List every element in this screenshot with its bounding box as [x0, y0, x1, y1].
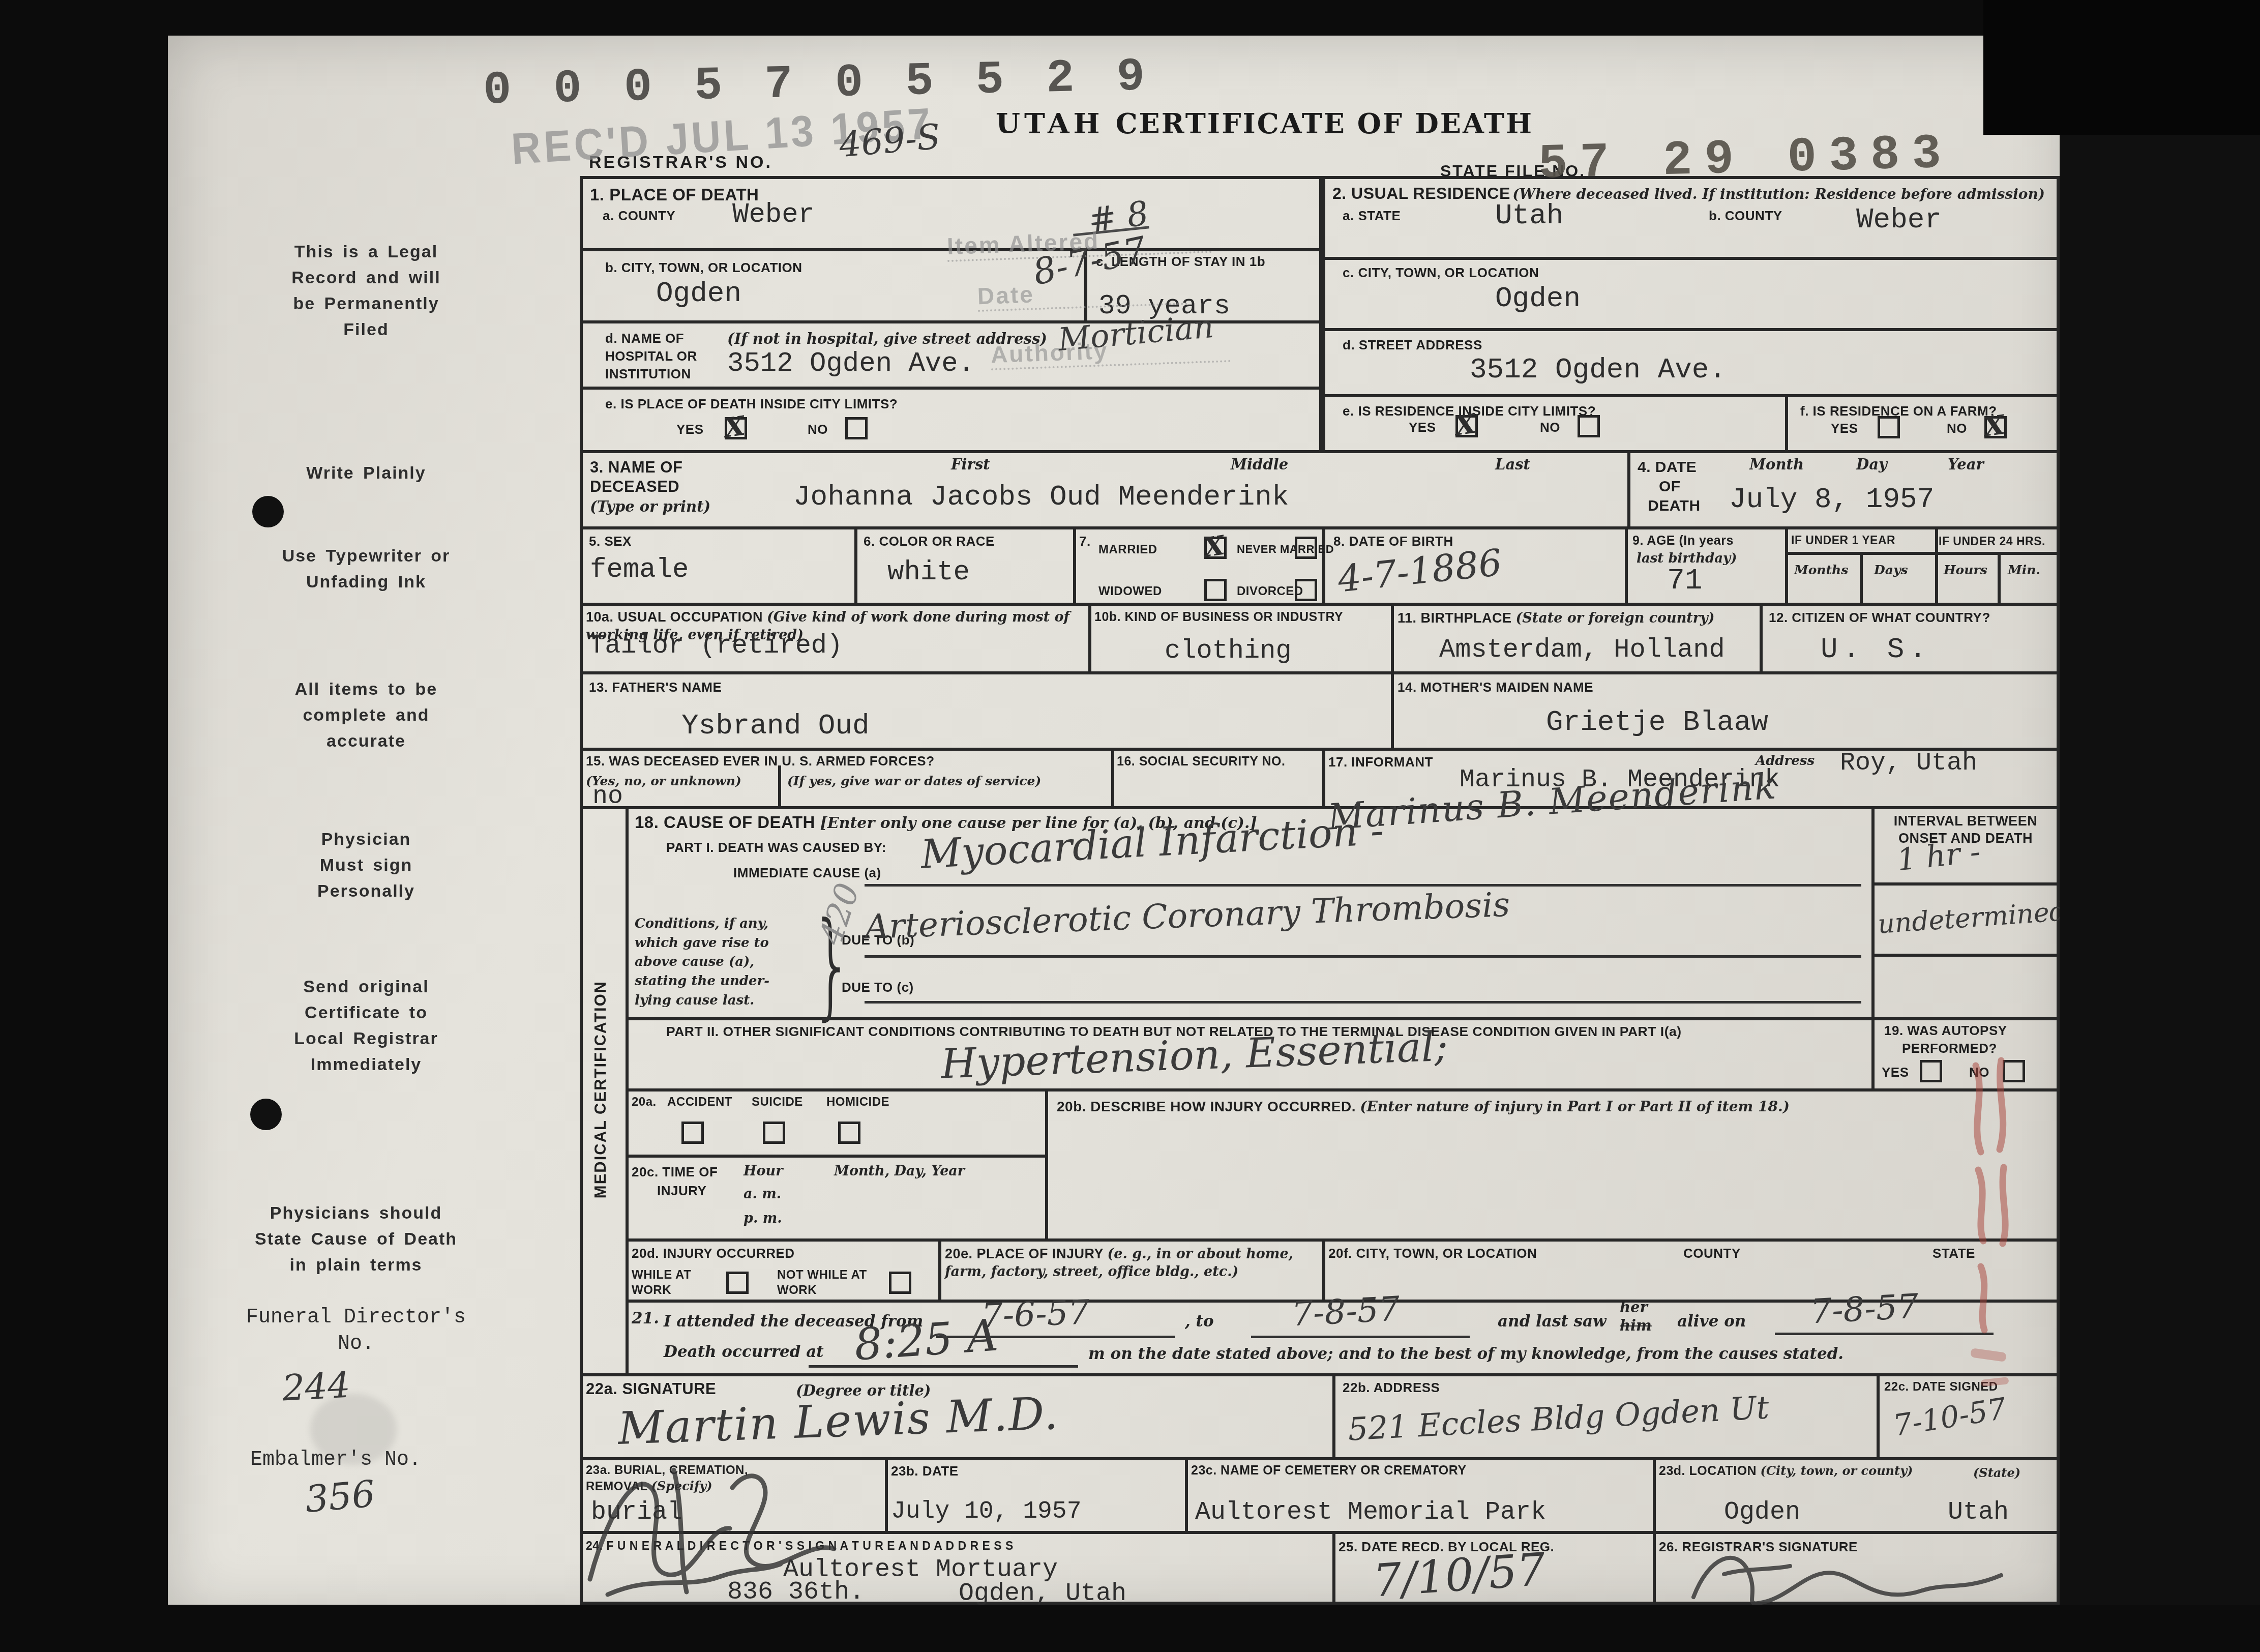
- funeral-director-signature-flourish: [577, 1450, 852, 1602]
- s14-value: Grietje Blaaw: [1546, 706, 1768, 739]
- s19-label-1: 19. WAS AUTOPSY: [1884, 1022, 2007, 1039]
- s9-value: 71: [1667, 565, 1703, 598]
- s12-value: U. S.: [1821, 633, 1931, 666]
- s2-title: 2. USUAL RESIDENCE: [1332, 184, 1510, 202]
- s4-label-1: 4. DATE: [1638, 458, 1697, 477]
- s9-days-label: Days: [1874, 562, 1908, 579]
- s20d-notwhile-checkbox: [889, 1272, 911, 1294]
- s3-hint: (Type or print): [590, 497, 710, 517]
- s23c-label: 23c. NAME OF CEMETERY OR CREMATORY: [1191, 1463, 1467, 1479]
- s1d-value: 3512 Ogden Ave.: [727, 348, 974, 379]
- hole-punch-top: [252, 496, 284, 527]
- s23d-label: 23d. LOCATION: [1659, 1464, 1761, 1478]
- margin-note-send-original: Send original Certificate to Local Regis…: [290, 974, 442, 1078]
- s5-label: 5. SEX: [589, 533, 632, 550]
- s20b-hint: (Enter nature of injury in Part I or Par…: [1360, 1098, 1790, 1115]
- s9-months-label: Months: [1794, 562, 1848, 579]
- s2c-label: c. CITY, TOWN, OR LOCATION: [1343, 264, 1539, 281]
- cause-c-line: [865, 1001, 1861, 1004]
- s21-text-2: , to: [1185, 1311, 1214, 1332]
- form-title-rest: CERTIFICATE OF DEATH: [1116, 107, 1533, 140]
- s2f-no-label: NO: [1947, 420, 1967, 437]
- s16-label: 16. SOCIAL SECURITY NO.: [1117, 754, 1285, 770]
- s9-under24-label: IF UNDER 24 HRS.: [1939, 534, 2045, 549]
- s21-text-3: and last saw: [1498, 1311, 1607, 1332]
- s22a-label: 22a. SIGNATURE: [586, 1379, 716, 1399]
- s11-header: 11. BIRTHPLACE (State or foreign country…: [1397, 609, 1764, 627]
- s4-day-label: Day: [1856, 455, 1887, 475]
- s6-value: white: [887, 557, 970, 588]
- s21-text-4: alive on: [1677, 1311, 1746, 1332]
- s10b-label: 10b. KIND OF BUSINESS OR INDUSTRY: [1094, 609, 1343, 625]
- s20a-homicide-label: HOMICIDE: [826, 1095, 889, 1110]
- s2d-value: 3512 Ogden Ave.: [1470, 353, 1726, 386]
- cause-a-line: [865, 884, 1861, 887]
- s2d-label: d. STREET ADDRESS: [1343, 337, 1482, 353]
- s1e-yes-label: YES: [676, 421, 704, 438]
- divider-9-header: [1785, 552, 2060, 555]
- s11-value: Amsterdam, Holland: [1439, 635, 1725, 665]
- s1e-no-checkbox: [845, 417, 868, 439]
- s20c-mdy-label: Month, Day, Year: [834, 1162, 965, 1180]
- s20c-am-label: a. m.: [744, 1185, 781, 1203]
- s3-value: Johanna Jacobs Oud Meenderink: [793, 481, 1289, 513]
- scan-black-band-bottom: [0, 1605, 2260, 1652]
- s1a-value: Weber: [732, 199, 815, 230]
- s23d-hint: (City, town, or county): [1761, 1463, 1913, 1478]
- s3-first-label: First: [951, 455, 990, 475]
- margin-note-plain-terms: Physicians should State Cause of Death i…: [249, 1200, 463, 1278]
- s7-married-label: MARRIED: [1098, 542, 1157, 557]
- s2e-yes-label: YES: [1409, 419, 1436, 436]
- s15-label: 15. WAS DECEASED EVER IN U. S. ARMED FOR…: [586, 753, 935, 770]
- s7-married-checkbox: [1204, 537, 1227, 559]
- s2f-no-checkbox: [1984, 416, 2007, 438]
- s2f-yes-label: YES: [1831, 420, 1858, 437]
- s2a-label: a. STATE: [1343, 208, 1401, 224]
- s18-label: 18. CAUSE OF DEATH: [635, 813, 820, 832]
- s4-value: July 8, 1957: [1729, 483, 1934, 516]
- s19-yes-label: YES: [1882, 1064, 1909, 1081]
- s20b-header: 20b. DESCRIBE HOW INJURY OCCURRED. (Ente…: [1057, 1098, 2048, 1116]
- s18-conditions-note: Conditions, if any, which gave rise to a…: [635, 914, 802, 1010]
- s17-label: 17. INFORMANT: [1328, 754, 1433, 771]
- scan-black-band-left: [0, 0, 168, 1652]
- s21-her: her: [1620, 1298, 1648, 1317]
- s18-immediate-label: IMMEDIATE CAUSE (a): [733, 865, 881, 881]
- s7-widowed-checkbox: [1204, 579, 1227, 601]
- s7-divorced-checkbox: [1295, 579, 1317, 601]
- s21-time-value: 8:25 A: [853, 1310, 1000, 1370]
- s23b-label: 23b. DATE: [891, 1463, 959, 1480]
- embalmers-no-label: Embalmer's No.: [203, 1449, 468, 1471]
- funeral-directors-no-value: 244: [281, 1364, 351, 1409]
- s4-month-label: Month: [1749, 455, 1804, 475]
- s24-line3: Ogden, Utah: [959, 1579, 1126, 1608]
- s2c-value: Ogden: [1495, 282, 1581, 315]
- s20a-accident-checkbox: [681, 1122, 704, 1144]
- s2e-no-label: NO: [1540, 419, 1560, 436]
- s5-value: female: [590, 554, 689, 585]
- s13-label: 13. FATHER'S NAME: [589, 679, 722, 696]
- s10a-value: Tailor (retired): [589, 631, 843, 661]
- s19-yes-checkbox: [1920, 1060, 1942, 1082]
- s3-label-2: DECEASED: [590, 477, 679, 497]
- s9-hours-label: Hours: [1944, 562, 1987, 579]
- form-title-state: UTAH: [996, 107, 1104, 140]
- s20e-label: 20e. PLACE OF INJURY: [945, 1246, 1108, 1261]
- s20a-suicide-checkbox: [763, 1122, 785, 1144]
- red-stamp-artifact: [1953, 1053, 2044, 1409]
- s21-line-4: [809, 1365, 1078, 1368]
- divider-2e-2f: [1785, 396, 1788, 451]
- s1e-no-label: NO: [808, 421, 828, 438]
- s2e-yes-checkbox: [1455, 415, 1478, 437]
- s18-due-c-label: DUE TO (c): [842, 979, 914, 996]
- s20f-label: 20f. CITY, TOWN, OR LOCATION: [1328, 1245, 1537, 1262]
- divider-hours-min: [1998, 552, 2001, 606]
- s6-label: 6. COLOR OR RACE: [864, 533, 995, 550]
- s2b-value: Weber: [1856, 203, 1942, 236]
- cause-b-line: [865, 955, 1861, 958]
- state-file-number: 57 29 0383: [1538, 126, 1954, 192]
- s20e-header: 20e. PLACE OF INJURY (e. g., in or about…: [945, 1245, 1321, 1281]
- s20b-label: 20b. DESCRIBE HOW INJURY OCCURRED.: [1057, 1099, 1360, 1114]
- s23b-value: July 10, 1957: [891, 1498, 1081, 1525]
- hole-punch-bottom: [250, 1099, 282, 1130]
- s4-year-label: Year: [1948, 455, 1984, 475]
- s7-widowed-label: WIDOWED: [1098, 584, 1162, 599]
- s23d-state-hint: (State): [1973, 1465, 2020, 1481]
- divider-interval-a: [1871, 882, 2060, 886]
- s14-label: 14. MOTHER'S MAIDEN NAME: [1397, 679, 1593, 696]
- divider-months-days: [1860, 552, 1863, 606]
- s1d-label: d. NAME OF HOSPITAL OR INSTITUTION: [605, 330, 697, 383]
- s20c-hour-label: Hour: [744, 1162, 783, 1180]
- s2b-label: b. COUNTY: [1709, 208, 1782, 224]
- s1b-value: Ogden: [656, 277, 741, 310]
- margin-note-write-plainly: Write Plainly: [264, 460, 468, 486]
- s21-him-struck: him: [1620, 1316, 1652, 1336]
- s4-label-2: OF: [1659, 477, 1681, 496]
- margin-note-complete: All items to be complete and accurate: [290, 676, 442, 754]
- s20c-label-2: INJURY: [657, 1183, 706, 1199]
- divider-interval-b: [1871, 954, 2060, 957]
- divider-15: [778, 765, 781, 807]
- s21-line-2: [1251, 1336, 1470, 1338]
- s9-under1yr-label: IF UNDER 1 YEAR: [1791, 533, 1895, 548]
- s20a-homicide-checkbox: [838, 1122, 860, 1144]
- s20a-suicide-label: SUICIDE: [752, 1095, 803, 1110]
- s23c-value: Aultorest Memorial Park: [1195, 1498, 1546, 1527]
- s15-hint2: (If yes, give war or dates of service): [787, 773, 1041, 790]
- s20c-label-1: 20c. TIME OF: [632, 1164, 718, 1181]
- s23d-city-value: Ogden: [1724, 1498, 1800, 1527]
- s18-part1-label: PART I. DEATH WAS CAUSED BY:: [666, 839, 886, 856]
- s21-date-to: 7-8-57: [1291, 1289, 1401, 1334]
- s15-value: no: [592, 782, 623, 811]
- s7-never-checkbox: [1295, 537, 1317, 559]
- s9-label-1: 9. AGE (In years: [1632, 533, 1734, 549]
- s20f-county-label: COUNTY: [1683, 1245, 1741, 1262]
- s3-label-1: 3. NAME OF: [590, 458, 682, 478]
- s2f-yes-checkbox: [1878, 416, 1900, 438]
- s4-label-3: DEATH: [1648, 496, 1701, 516]
- s3-middle-label: Middle: [1231, 455, 1288, 475]
- s13-value: Ysbrand Oud: [681, 710, 870, 742]
- scanned-death-certificate: { "header": { "serial": "0 0 0 5 7 0 5 5…: [0, 0, 2260, 1652]
- s20d-while-label: WHILE AT WORK: [632, 1267, 713, 1298]
- s10a-label: 10a. USUAL OCCUPATION: [586, 609, 767, 625]
- s21-text-6: m on the date stated above; and to the b…: [1088, 1344, 1843, 1364]
- s1a-label: a. COUNTY: [603, 208, 675, 224]
- s2a-value: Utah: [1495, 199, 1563, 232]
- s20a-num: 20a.: [632, 1095, 657, 1110]
- s7-num: 7.: [1079, 533, 1091, 550]
- margin-note-typewriter: Use Typewriter or Unfading Ink: [277, 543, 455, 595]
- s20a-accident-label: ACCIDENT: [667, 1095, 732, 1110]
- s7-divorced-label: DIVORCED: [1237, 584, 1303, 599]
- s21-num: 21.: [632, 1308, 659, 1329]
- s23d-header: 23d. LOCATION (City, town, or county): [1659, 1463, 1913, 1479]
- s20d-while-checkbox: [726, 1272, 749, 1294]
- s7-never-label: NEVER MARRIED: [1237, 542, 1334, 556]
- s20d-label: 20d. INJURY OCCURRED: [632, 1245, 795, 1262]
- s12-label: 12. CITIZEN OF WHAT COUNTRY?: [1769, 609, 1990, 626]
- scan-black-band-right: [2060, 0, 2260, 1652]
- s21-text-5: Death occurred at: [664, 1342, 824, 1362]
- s11-hint: (State or foreign country): [1516, 610, 1715, 626]
- margin-note-physician-sign: Physician Must sign Personally: [305, 827, 427, 904]
- s1e-label: e. IS PLACE OF DEATH INSIDE CITY LIMITS?: [605, 396, 898, 412]
- scan-black-corner: [1983, 0, 2260, 135]
- registrar-signature-flourish: [1683, 1544, 2019, 1610]
- s10b-value: clothing: [1165, 636, 1292, 666]
- scan-black-band-top: [0, 0, 2260, 36]
- s2e-no-checkbox: [1578, 415, 1600, 437]
- s20d-notwhile-label: NOT WHILE AT WORK: [777, 1267, 874, 1298]
- s9-min-label: Min.: [2008, 562, 2040, 579]
- s20c-pm-label: p. m.: [744, 1209, 782, 1227]
- s3-last-label: Last: [1495, 455, 1530, 475]
- funeral-directors-no-label: Funeral Director's No.: [244, 1305, 468, 1358]
- s21-date-lastsaw: 7-8-57: [1809, 1286, 1919, 1331]
- s23d-state-value: Utah: [1948, 1498, 2009, 1527]
- s22b-label: 22b. ADDRESS: [1343, 1379, 1440, 1396]
- s17-address-value: Roy, Utah: [1840, 749, 1977, 778]
- embalmers-no-value: 356: [304, 1472, 377, 1521]
- s1b-label: b. CITY, TOWN, OR LOCATION: [605, 259, 802, 276]
- s1e-yes-checkbox: [725, 417, 747, 439]
- margin-note-legal-record: This is a Legal Record and will be Perma…: [290, 239, 442, 343]
- medical-certification-vertical-label: MEDICAL CERTIFICATION: [591, 937, 614, 1242]
- s11-label: 11. BIRTHPLACE: [1397, 610, 1516, 626]
- form-title: UTAH CERTIFICATE OF DEATH: [996, 107, 1533, 140]
